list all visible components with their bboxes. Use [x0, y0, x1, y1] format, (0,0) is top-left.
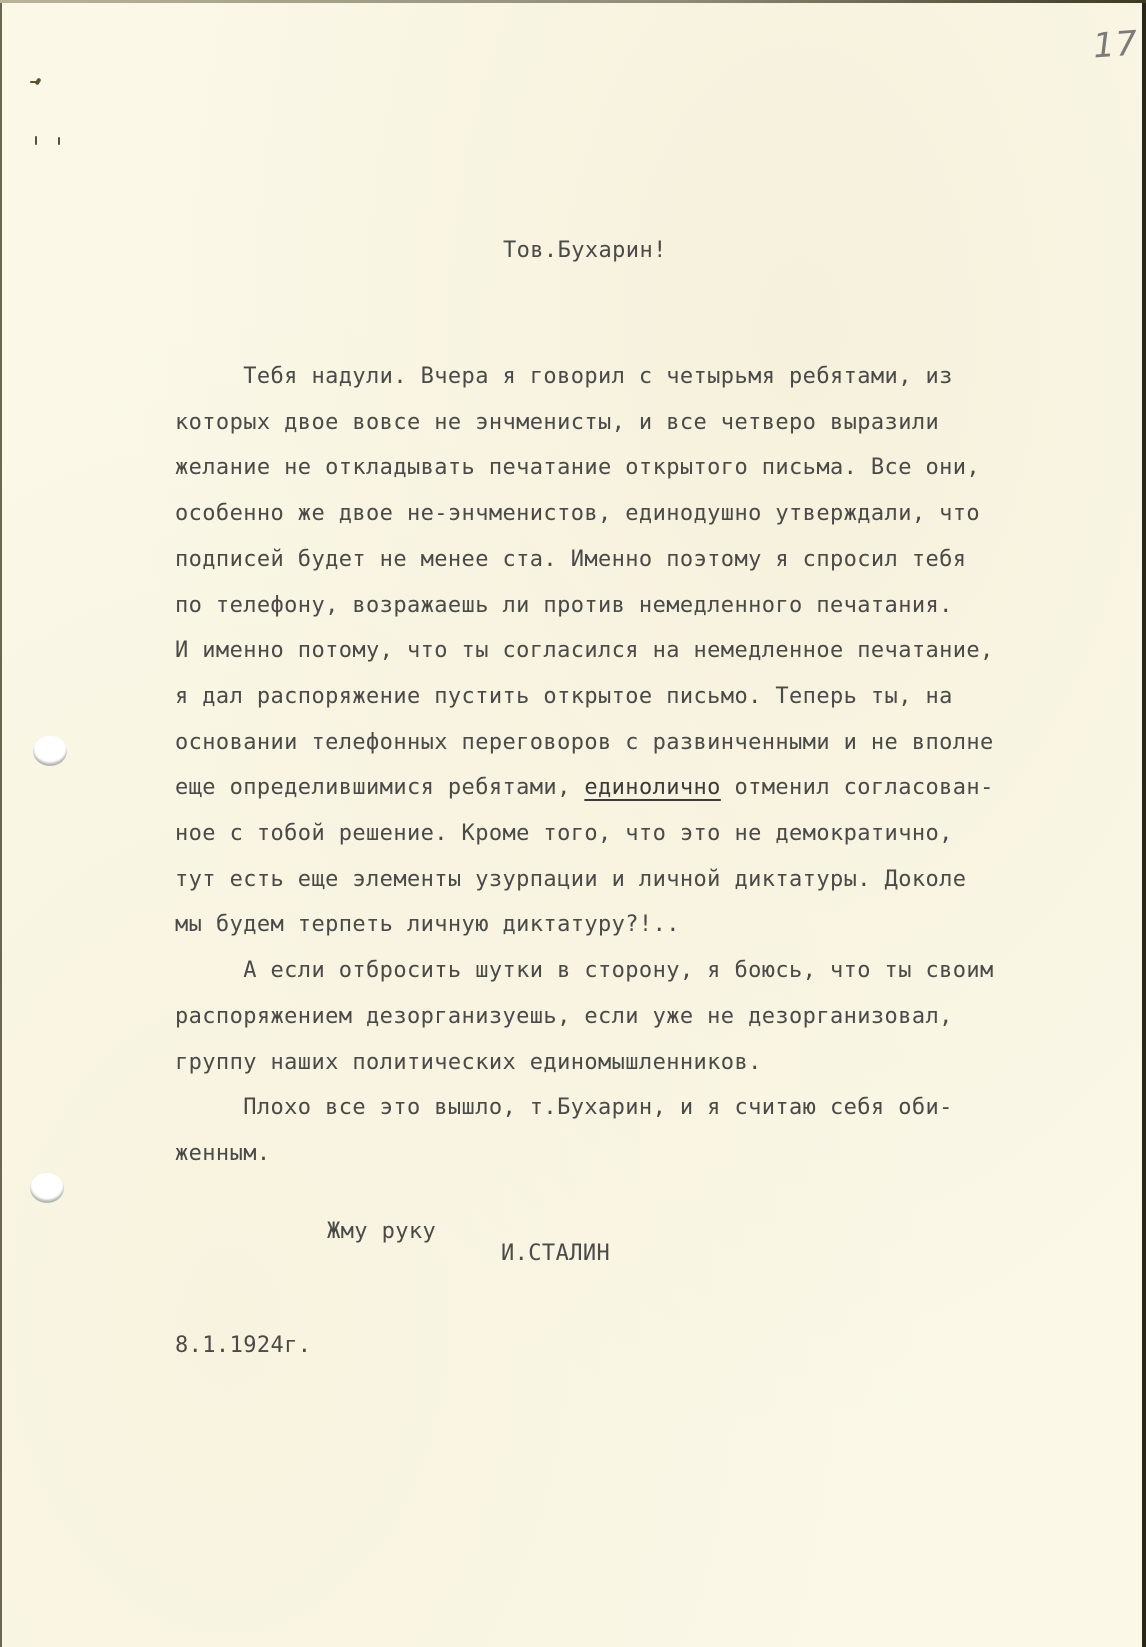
body-line: группу наших политических единомышленник…	[175, 1052, 762, 1074]
body-text-segment: отменил согласован-	[721, 775, 994, 800]
body-line: особенно же двое не-энчменистов, единоду…	[175, 503, 980, 525]
punch-hole	[33, 736, 67, 766]
closing-phrase: Жму руку	[327, 1221, 436, 1243]
body-line: тут есть еще элементы узурпации и личной…	[175, 869, 966, 891]
body-line: желание не откладывать печатание открыто…	[175, 457, 980, 479]
body-line: еще определившимися ребятами, единолично…	[175, 777, 994, 799]
folio-number: 17	[1092, 23, 1140, 66]
body-line: мы будем терпеть личную диктатуру?!..	[175, 914, 680, 936]
body-line: женным.	[175, 1143, 271, 1165]
body-line: которых двое вовсе не энчменисты, и все …	[175, 412, 939, 434]
signature: И.СТАЛИН	[501, 1243, 610, 1265]
body-line: И именно потому, что ты согласился на не…	[175, 640, 994, 662]
letter-date: 8.1.1924г.	[175, 1335, 311, 1357]
body-line: по телефону, возражаешь ли против немедл…	[175, 595, 953, 617]
body-line: распоряжением дезорганизуешь, если уже н…	[175, 1006, 953, 1028]
punch-hole	[30, 1173, 64, 1203]
body-line: я дал распоряжение пустить открытое пись…	[175, 686, 953, 708]
underlined-word: единолично	[584, 775, 720, 800]
salutation: Тов.Бухарин!	[503, 240, 667, 262]
body-line: подписей будет не менее ста. Именно поэт…	[175, 549, 966, 571]
body-line: Плохо все это вышло, т.Бухарин, и я счит…	[175, 1097, 953, 1119]
body-line: А если отбросить шутки в сторону, я боюс…	[175, 960, 994, 982]
body-line: ное с тобой решение. Кроме того, что это…	[175, 823, 953, 845]
binding-mark	[58, 137, 60, 145]
binding-mark	[30, 81, 37, 83]
body-line: Тебя надули. Вчера я говорил с четырьмя …	[175, 366, 953, 388]
body-line: основании телефонных переговоров с разви…	[175, 732, 994, 754]
body-text-segment: еще определившимися ребятами,	[175, 775, 584, 800]
letter-page: 17 Тов.Бухарин! Тебя надули. Вчера я гов…	[0, 3, 1142, 1647]
binding-mark	[35, 136, 37, 145]
